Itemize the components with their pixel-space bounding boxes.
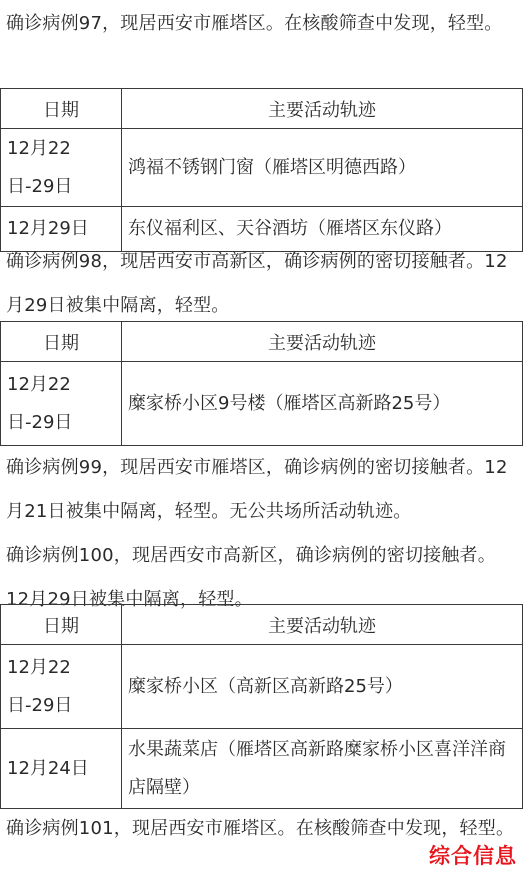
case-97-trace-table: 日期 主要活动轨迹 12月22日-29日 鸿福不锈钢门窗（雁塔区明德西路） 12… (0, 88, 523, 252)
trace-date: 12月24日 (1, 729, 122, 809)
trace-place: 水果蔬菜店（雁塔区高新路糜家桥小区喜洋洋商店隔壁） (122, 729, 523, 809)
trace-place: 糜家桥小区（高新区高新路25号） (122, 645, 523, 729)
trace-place: 糜家桥小区9号楼（雁塔区高新路25号） (122, 362, 523, 446)
case-100-trace-table: 日期 主要活动轨迹 12月22日-29日 糜家桥小区（高新区高新路25号） 12… (0, 604, 523, 809)
header-trace: 主要活动轨迹 (122, 89, 523, 129)
case-97-description: 确诊病例97，现居西安市雁塔区。在核酸筛查中发现，轻型。 (6, 2, 519, 46)
watermark-logo: 综合信息 (429, 840, 517, 870)
header-date: 日期 (1, 322, 122, 362)
trace-place: 鸿福不锈钢门窗（雁塔区明德西路） (122, 129, 523, 207)
trace-date: 12月22日-29日 (1, 645, 122, 729)
case-99-description: 确诊病例99，现居西安市雁塔区，确诊病例的密切接触者。12月21日被集中隔离，轻… (6, 446, 519, 534)
trace-date: 12月22日-29日 (1, 129, 122, 207)
header-trace: 主要活动轨迹 (122, 322, 523, 362)
case-98-description: 确诊病例98，现居西安市高新区，确诊病例的密切接触者。12月29日被集中隔离，轻… (6, 240, 519, 328)
header-date: 日期 (1, 89, 122, 129)
case-98-trace-table: 日期 主要活动轨迹 12月22日-29日 糜家桥小区9号楼（雁塔区高新路25号） (0, 321, 523, 446)
trace-date: 12月22日-29日 (1, 362, 122, 446)
header-trace: 主要活动轨迹 (122, 605, 523, 645)
header-date: 日期 (1, 605, 122, 645)
